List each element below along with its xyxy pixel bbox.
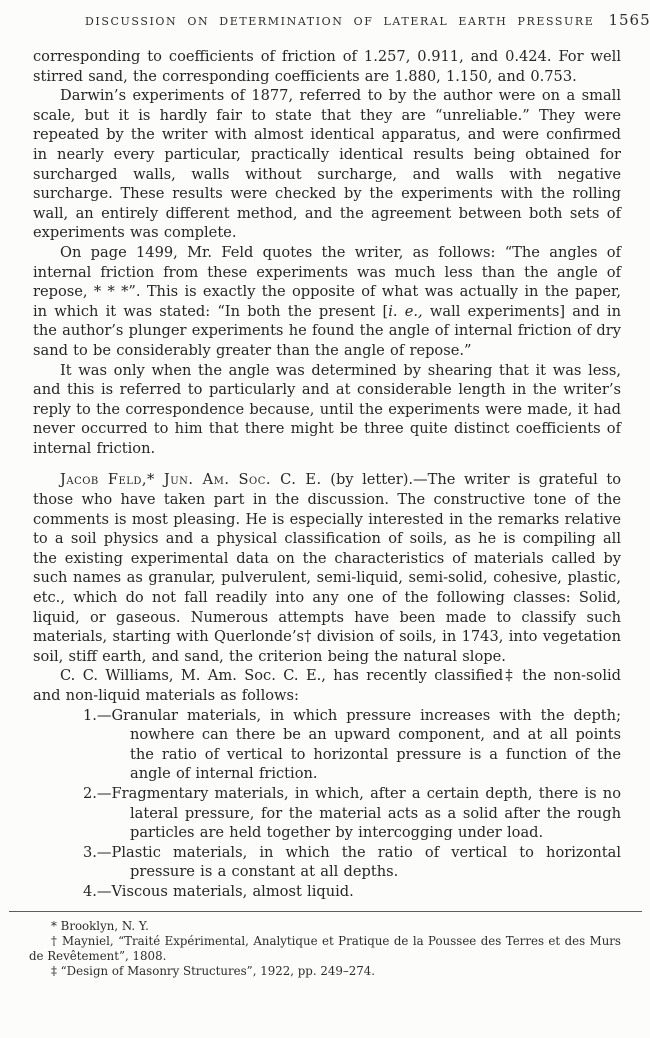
paragraph: C. C. Williams, M. Am. Soc. C. E., has r… <box>33 666 621 705</box>
footnote: * Brooklyn, N. Y. <box>29 919 621 934</box>
page-body: corresponding to coefficients of frictio… <box>33 47 621 902</box>
list-item: 2.—Fragmentary materials, in which, afte… <box>83 784 621 843</box>
list-item: 1.—Granular materials, in which pressure… <box>83 706 621 784</box>
text-run: corresponding to coefficients of frictio… <box>33 48 621 85</box>
text-run: (by letter).—The writer is grateful to t… <box>33 471 621 664</box>
paragraph: It was only when the angle was determine… <box>33 361 621 459</box>
paragraph: Darwin’s experiments of 1877, referred t… <box>33 86 621 243</box>
text-run: It was only when the angle was determine… <box>33 362 621 457</box>
footnote: † Mayniel, “Traité Expérimental, Analyti… <box>29 934 621 964</box>
paragraphs: corresponding to coefficients of frictio… <box>33 47 621 706</box>
text-run: Darwin’s experiments of 1877, referred t… <box>33 87 621 241</box>
page-number: 1565 <box>608 11 650 29</box>
list-item: 4.—Viscous materials, almost liquid. <box>83 882 621 902</box>
footnote-rule <box>9 911 642 912</box>
classification-list: 1.—Granular materials, in which pressure… <box>33 706 621 902</box>
page: DISCUSSION ON DETERMINATION OF LATERAL E… <box>0 0 650 1038</box>
paragraph: corresponding to coefficients of frictio… <box>33 47 621 86</box>
footnotes: * Brooklyn, N. Y.† Mayniel, “Traité Expé… <box>29 919 621 980</box>
page-header: DISCUSSION ON DETERMINATION OF LATERAL E… <box>0 0 650 29</box>
footnote: ‡ “Design of Masonry Structures”, 1922, … <box>29 964 621 979</box>
list-item: 3.—Plastic materials, in which the ratio… <box>83 843 621 882</box>
paragraph: On page 1499, Mr. Feld quotes the writer… <box>33 243 621 361</box>
text-run: C. C. Williams, M. Am. Soc. C. E., has r… <box>33 667 621 704</box>
paragraph: Jacob Feld,* Jun. Am. Soc. C. E. (by let… <box>33 470 621 666</box>
text-italic: i. e., <box>388 303 422 320</box>
text-smallcaps: Jacob Feld,* Jun. Am. Soc. C. E. <box>60 471 322 488</box>
header-title: DISCUSSION ON DETERMINATION OF LATERAL E… <box>85 15 594 28</box>
